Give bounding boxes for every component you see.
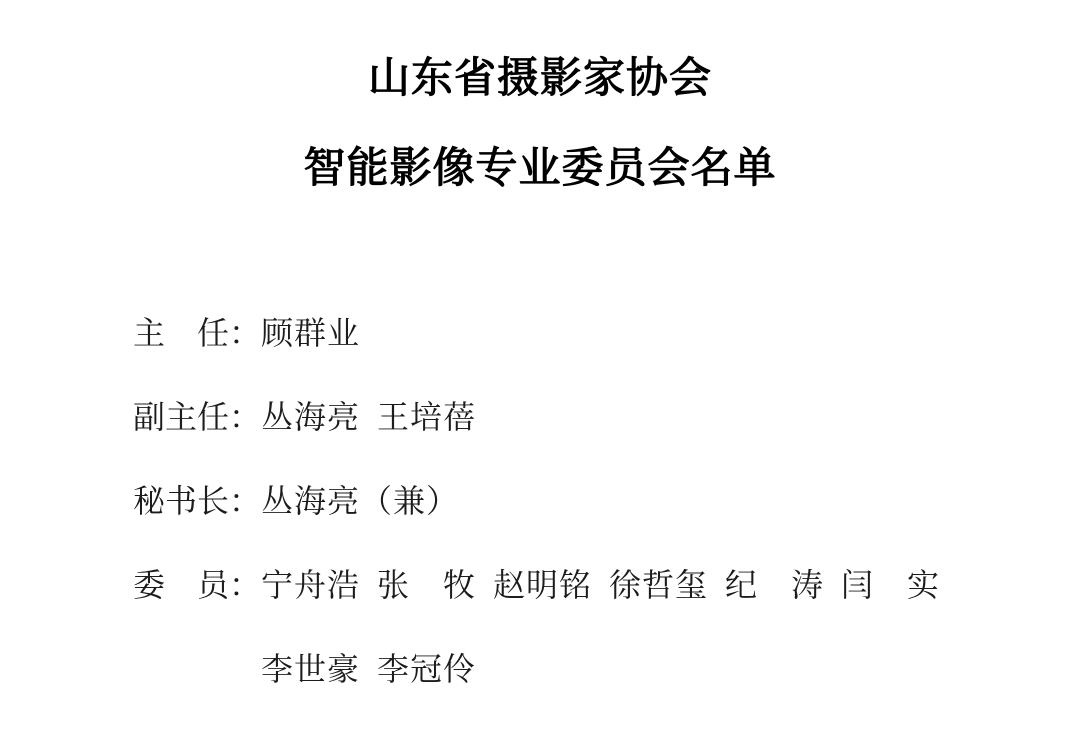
title-line-organization: 山东省摄影家协会 [0, 57, 1080, 99]
role-names-vice-chairmen: 丛海亮 王培蓓 [261, 375, 476, 459]
role-label-vice-chairmen: 副主任： [133, 375, 261, 459]
document-title: 山东省摄影家协会 智能影像专业委员会名单 [0, 57, 1080, 189]
roster-row-members: 委 员： 宁舟浩 张 牧 赵明铭 徐哲玺 纪 涛 闫 实 李世豪 李冠伶 [133, 543, 940, 711]
role-names-members-line1: 宁舟浩 张 牧 赵明铭 徐哲玺 纪 涛 闫 实 [261, 543, 940, 627]
role-label-secretary-general: 秘书长： [133, 459, 261, 543]
role-names-secretary-general: 丛海亮（兼） [261, 459, 459, 543]
document-page: 山东省摄影家协会 智能影像专业委员会名单 主 任： 顾群业 副主任： 丛海亮 王… [0, 0, 1080, 748]
roster-row-chairman: 主 任： 顾群业 [133, 291, 940, 375]
title-line-committee-roster: 智能影像专业委员会名单 [0, 147, 1080, 189]
roster-row-vice-chairmen: 副主任： 丛海亮 王培蓓 [133, 375, 940, 459]
role-names-block: 顾群业 [261, 291, 360, 375]
role-names-block: 丛海亮（兼） [261, 459, 459, 543]
role-names-members-line2: 李世豪 李冠伶 [261, 627, 940, 711]
roster-list: 主 任： 顾群业 副主任： 丛海亮 王培蓓 秘书长： 丛海亮（兼） 委 员： 宁… [133, 291, 940, 711]
role-names-chairman: 顾群业 [261, 291, 360, 375]
role-names-block: 丛海亮 王培蓓 [261, 375, 476, 459]
role-names-block: 宁舟浩 张 牧 赵明铭 徐哲玺 纪 涛 闫 实 李世豪 李冠伶 [261, 543, 940, 711]
roster-row-secretary-general: 秘书长： 丛海亮（兼） [133, 459, 940, 543]
role-label-chairman: 主 任： [133, 291, 261, 375]
role-label-members: 委 员： [133, 543, 261, 627]
